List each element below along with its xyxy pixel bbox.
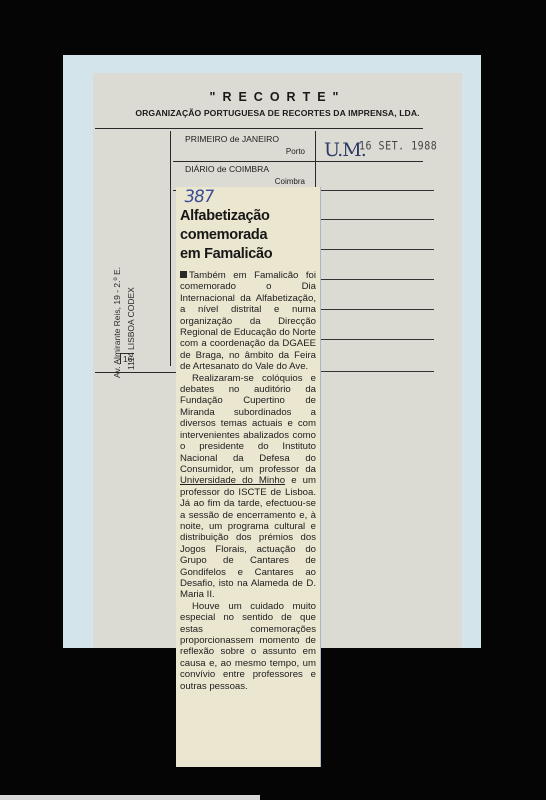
footer-rule [95, 372, 177, 373]
square-bullet-icon [180, 271, 187, 278]
ruled-line [316, 249, 434, 250]
article-headline: Alfabetização comemorada em Famalicão [180, 207, 318, 264]
article-paragraph: Realizaram-se colóquios e debates no aud… [180, 373, 316, 601]
clipping-number: 387 [183, 187, 215, 207]
page-number: 16 [120, 353, 134, 364]
headline-line: Alfabetização [180, 207, 318, 226]
ruled-line [316, 371, 434, 372]
publication-1: PRIMEIRO de JANEIRO Porto [185, 134, 305, 160]
article-paragraph: Houve um cuidado muito especial no senti… [180, 601, 316, 692]
newspaper-clipping: 387 Alfabetização comemorada em Famalicã… [176, 187, 320, 767]
ruled-line [316, 219, 434, 220]
paragraph-text: e um professor do ISCTE de Lisboa. Já ao… [180, 475, 316, 600]
headline-line: em Famalicão [180, 245, 318, 264]
ruled-line [316, 339, 434, 340]
publication-rule [173, 161, 423, 162]
headline-line: comemorada [180, 226, 318, 245]
paragraph-text: Realizaram-se colóquios e debates no aud… [180, 373, 316, 475]
article-paragraph: Também em Famalicão foi comemorado o Dia… [180, 270, 316, 373]
paragraph-text: Também em Famalicão foi comemorado o Dia… [180, 270, 316, 372]
header-rule [95, 128, 423, 129]
publication-city: Porto [286, 147, 305, 156]
underlined-text: Universidade do Minho [180, 475, 285, 486]
organization-name: ORGANIZAÇÃO PORTUGUESA DE RECORTES DA IM… [93, 108, 462, 118]
brand-title: "RECORTE" [93, 90, 462, 104]
publication-name: PRIMEIRO de JANEIRO [185, 134, 279, 144]
ruled-line [316, 279, 434, 280]
left-column-divider [170, 131, 171, 366]
date-stamp: 16 SET. 1988 [359, 140, 437, 153]
article-body: Também em Famalicão foi comemorado o Dia… [180, 270, 316, 692]
ruled-line [316, 190, 434, 191]
publication-city: Coimbra [275, 177, 305, 186]
publication-name: DIÁRIO de COIMBRA [185, 164, 269, 174]
ruled-line [316, 309, 434, 310]
paragraph-text: Houve um cuidado muito especial no senti… [180, 601, 316, 692]
scan-edge-strip [0, 795, 260, 800]
